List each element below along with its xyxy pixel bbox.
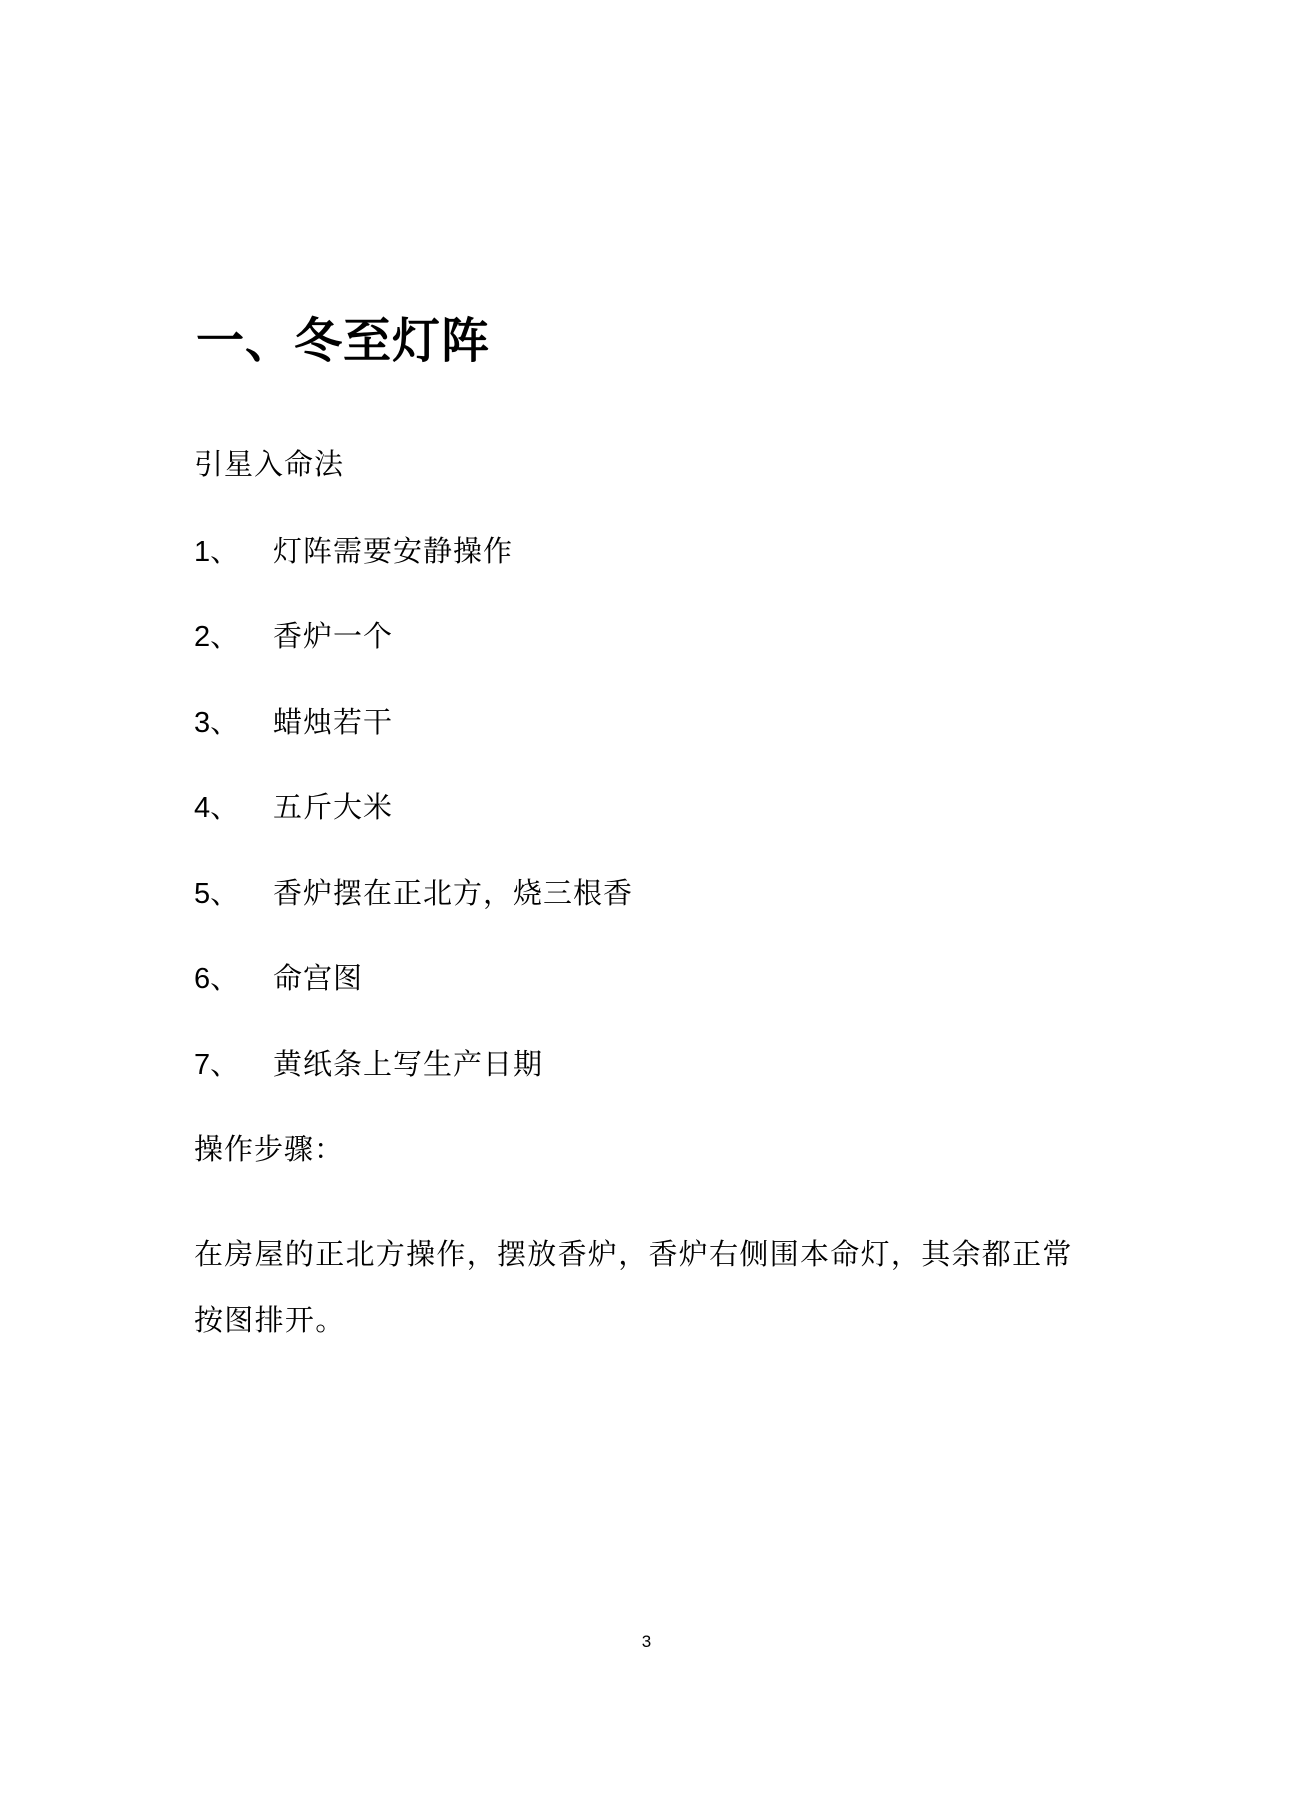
list-item-text: 蜡烛若干	[273, 707, 393, 739]
list-item-number: 4、	[194, 792, 239, 824]
list-item-number: 2、	[194, 621, 239, 653]
document-page: 一、冬至灯阵 引星入命法 1、 灯阵需要安静操作 2、 香炉一个 3、 蜡烛若干…	[0, 0, 1293, 1801]
list-item-number: 3、	[194, 707, 239, 739]
list-item-text: 五斤大米	[273, 792, 393, 824]
steps-paragraph-line-1: 在房屋的正北方操作，摆放香炉，香炉右侧围本命灯，其余都正常	[194, 1222, 1094, 1288]
steps-paragraph-line-2: 按图排开。	[194, 1288, 1094, 1354]
list-item-text: 黄纸条上写生产日期	[273, 1049, 543, 1081]
list-item-number: 7、	[194, 1049, 239, 1081]
steps-paragraph: 在房屋的正北方操作，摆放香炉，香炉右侧围本命灯，其余都正常 按图排开。	[194, 1222, 1094, 1354]
list-item-number: 1、	[194, 536, 239, 568]
list-item-number: 5、	[194, 878, 239, 910]
list-item-text: 香炉摆在正北方，烧三根香	[273, 878, 633, 910]
list-item-text: 命宫图	[273, 963, 363, 995]
section-heading: 一、冬至灯阵	[196, 316, 490, 368]
steps-label: 操作步骤：	[194, 1134, 344, 1166]
method-title: 引星入命法	[194, 449, 344, 481]
page-number: 3	[0, 1632, 1293, 1652]
list-item-text: 灯阵需要安静操作	[273, 536, 513, 568]
list-item-number: 6、	[194, 963, 239, 995]
list-item-text: 香炉一个	[273, 621, 393, 653]
